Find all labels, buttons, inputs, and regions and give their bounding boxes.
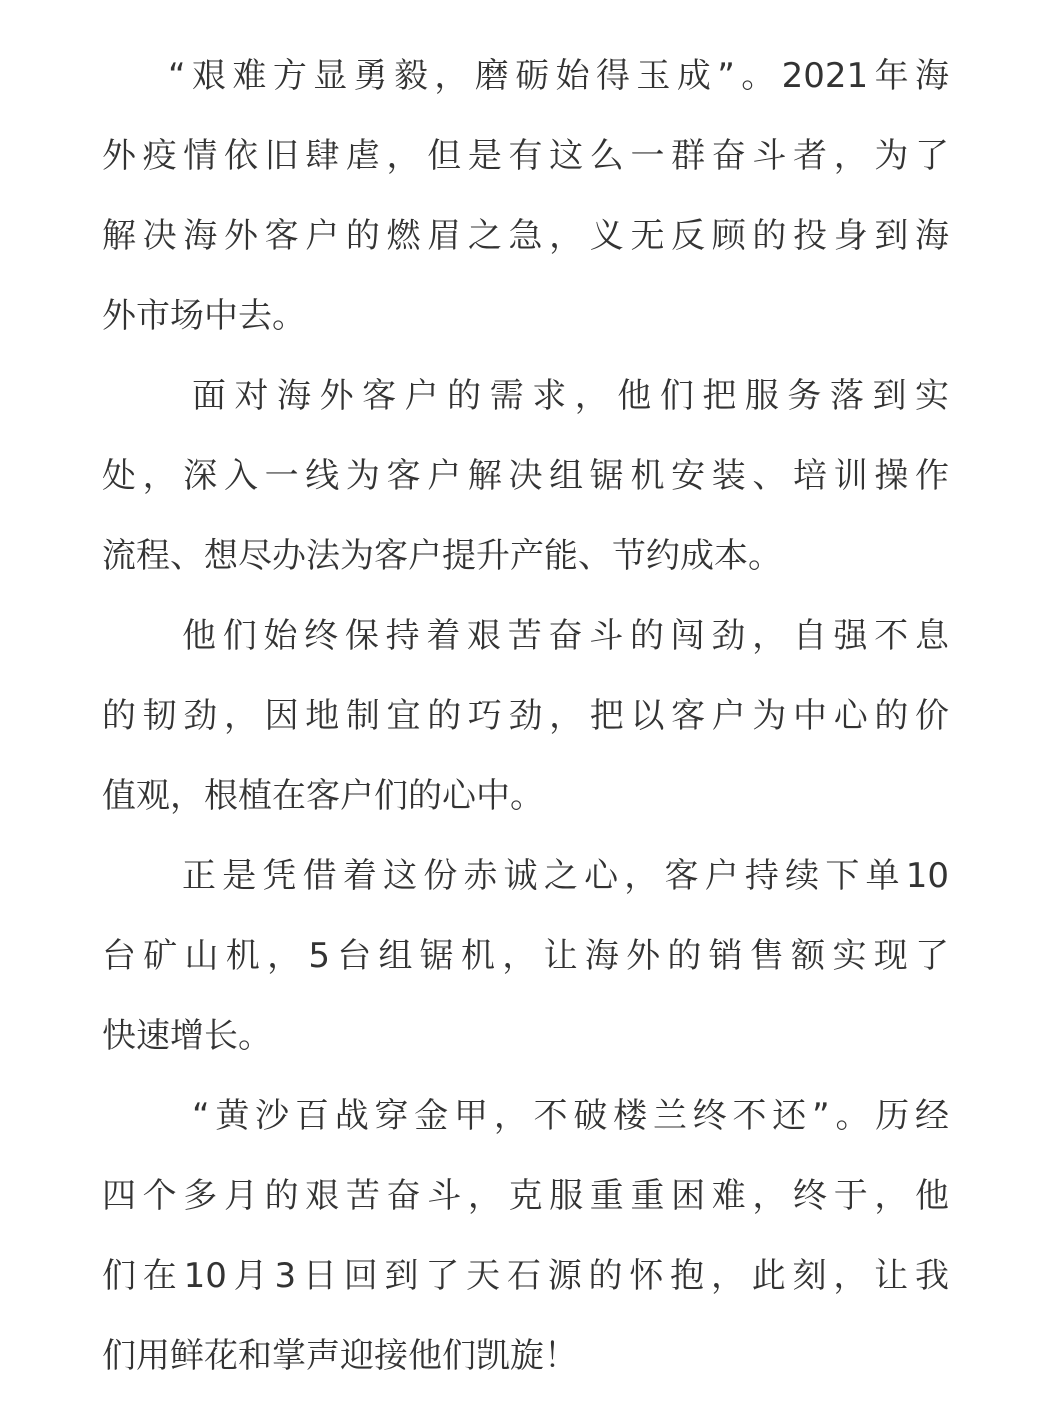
paragraph-1: “艰难方显勇毅，磨砺始得玉成”。2021年海 外疫情依旧肆虐，但是有这么一群奋斗… [102, 48, 949, 368]
paragraph-4: 正是凭借着这份赤诚之心，客户持续下单10 台矿山机，5台组锯机，让海外的销售额实… [102, 848, 949, 1088]
text-line: 的韧劲，因地制宜的巧劲，把以客户为中心的价 [102, 688, 949, 768]
text-line: 外市场中去。 [102, 288, 949, 368]
text-line: 快速增长。 [102, 1008, 949, 1088]
text-line: 流程、想尽办法为客户提升产能、节约成本。 [102, 528, 949, 608]
text-line: 他们始终保持着艰苦奋斗的闯劲，自强不息 [102, 608, 949, 688]
text-line: 处，深入一线为客户解决组锯机安装、培训操作 [102, 448, 949, 528]
paragraph-5: “黄沙百战穿金甲，不破楼兰终不还”。历经 四个多月的艰苦奋斗，克服重重困难，终于… [102, 1088, 949, 1408]
text-line: “艰难方显勇毅，磨砺始得玉成”。2021年海 [102, 48, 949, 128]
text-line: 正是凭借着这份赤诚之心，客户持续下单10 [102, 848, 949, 928]
text-line: 面对海外客户的需求，他们把服务落到实 [102, 368, 949, 448]
article-body: “艰难方显勇毅，磨砺始得玉成”。2021年海 外疫情依旧肆虐，但是有这么一群奋斗… [102, 48, 949, 1408]
text-line: 值观，根植在客户们的心中。 [102, 768, 949, 848]
text-line: 台矿山机，5台组锯机，让海外的销售额实现了 [102, 928, 949, 1008]
text-line: “黄沙百战穿金甲，不破楼兰终不还”。历经 [102, 1088, 949, 1168]
text-line: 们在10月3日回到了天石源的怀抱，此刻，让我 [102, 1248, 949, 1328]
paragraph-2: 面对海外客户的需求，他们把服务落到实 处，深入一线为客户解决组锯机安装、培训操作… [102, 368, 949, 608]
paragraph-3: 他们始终保持着艰苦奋斗的闯劲，自强不息 的韧劲，因地制宜的巧劲，把以客户为中心的… [102, 608, 949, 848]
text-line: 解决海外客户的燃眉之急，义无反顾的投身到海 [102, 208, 949, 288]
text-line: 们用鲜花和掌声迎接他们凯旋！ [102, 1328, 949, 1408]
text-line: 四个多月的艰苦奋斗，克服重重困难，终于，他 [102, 1168, 949, 1248]
text-line: 外疫情依旧肆虐，但是有这么一群奋斗者，为了 [102, 128, 949, 208]
